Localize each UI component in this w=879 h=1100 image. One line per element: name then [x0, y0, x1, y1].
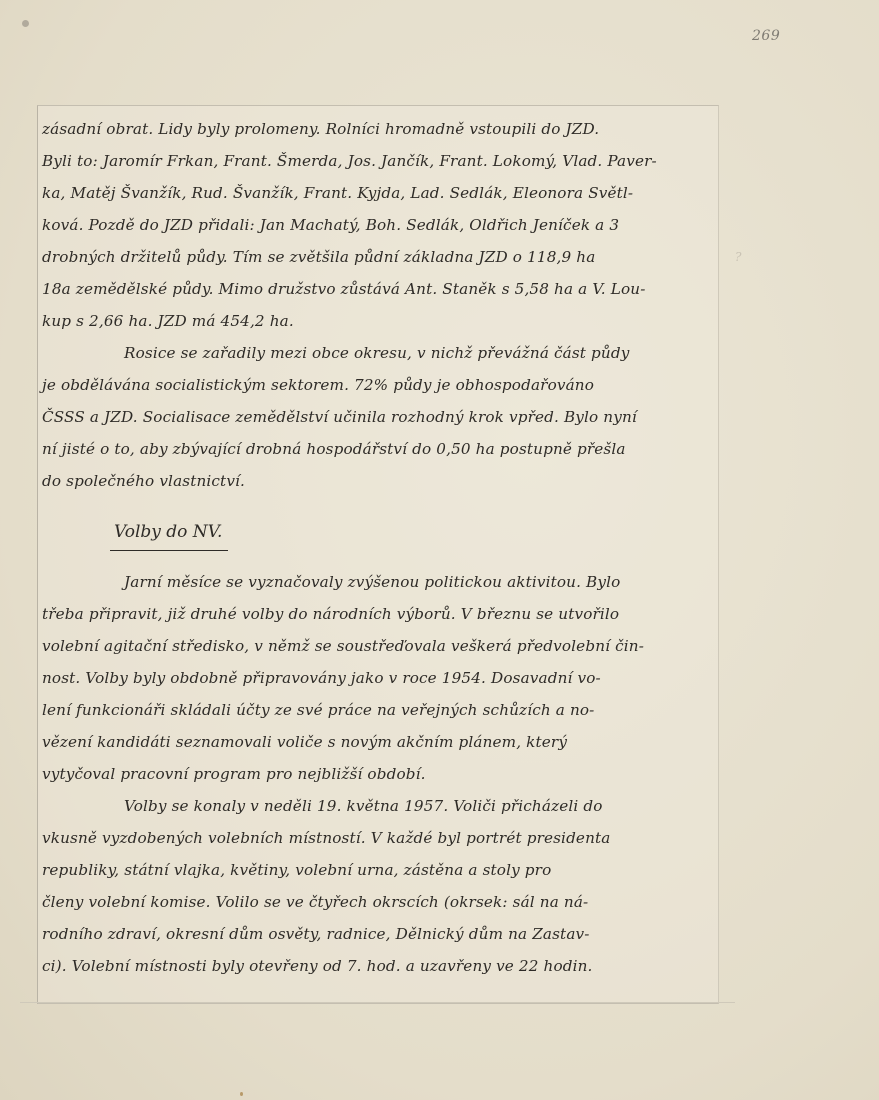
ink-spot: [22, 20, 29, 27]
section-heading: Volby do NV.: [110, 520, 228, 551]
text-line: vězení kandidáti seznamovali voliče s no…: [42, 726, 712, 758]
text-line: drobných držitelů půdy. Tím se zvětšila …: [42, 241, 712, 273]
paper-speck: [240, 1092, 243, 1096]
text-line: ČSSS a JZD. Socialisace zemědělství učin…: [42, 401, 712, 433]
text-line: rodního zdraví, okresní dům osvěty, radn…: [42, 918, 712, 950]
text-line: ci). Volební místnosti byly otevřeny od …: [42, 950, 712, 982]
text-line: ní jisté o to, aby zbývající drobná hosp…: [42, 433, 712, 465]
paragraph-start-line: Jarní měsíce se vyznačovaly zvýšenou pol…: [42, 566, 712, 598]
text-line: volební agitační středisko, v němž se so…: [42, 630, 712, 662]
text-line: zásadní obrat. Lidy byly prolomeny. Roln…: [42, 113, 712, 145]
paragraph-start-line: Rosice se zařadily mezi obce okresu, v n…: [42, 337, 712, 369]
section-elections: Jarní měsíce se vyznačovaly zvýšenou pol…: [42, 566, 712, 982]
paragraph-start-line: Volby se konaly v neděli 19. května 1957…: [42, 790, 712, 822]
text-line: lení funkcionáři skládali účty ze své pr…: [42, 694, 712, 726]
text-line: nost. Volby byly obdobně připravovány ja…: [42, 662, 712, 694]
text-line: do společného vlastnictví.: [42, 465, 712, 497]
text-line: ka, Matěj Švanžík, Rud. Švanžík, Frant. …: [42, 177, 712, 209]
text-line: republiky, státní vlajka, květiny, voleb…: [42, 854, 712, 886]
text-line: ková. Pozdě do JZD přidali: Jan Machatý,…: [42, 209, 712, 241]
text-line: vkusně vyzdobených volebních místností. …: [42, 822, 712, 854]
section-jzd-collectivization: zásadní obrat. Lidy byly prolomeny. Roln…: [42, 113, 712, 497]
page-number: 269: [752, 28, 780, 44]
text-line: vytyčoval pracovní program pro nejbližší…: [42, 758, 712, 790]
margin-note: ?: [735, 250, 741, 264]
scanned-page: 269 ? zásadní obrat. Lidy byly prolomeny…: [0, 0, 879, 1100]
text-line: kup s 2,66 ha. JZD má 454,2 ha.: [42, 305, 712, 337]
text-line: třeba připravit, již druhé volby do náro…: [42, 598, 712, 630]
text-line: 18a zemědělské půdy. Mimo družstvo zůstá…: [42, 273, 712, 305]
text-line: Byli to: Jaromír Frkan, Frant. Šmerda, J…: [42, 145, 712, 177]
frame-bottom-rule: [20, 1002, 735, 1003]
text-line: členy volební komise. Volilo se ve čtyře…: [42, 886, 712, 918]
text-line: je obdělávána socialistickým sektorem. 7…: [42, 369, 712, 401]
